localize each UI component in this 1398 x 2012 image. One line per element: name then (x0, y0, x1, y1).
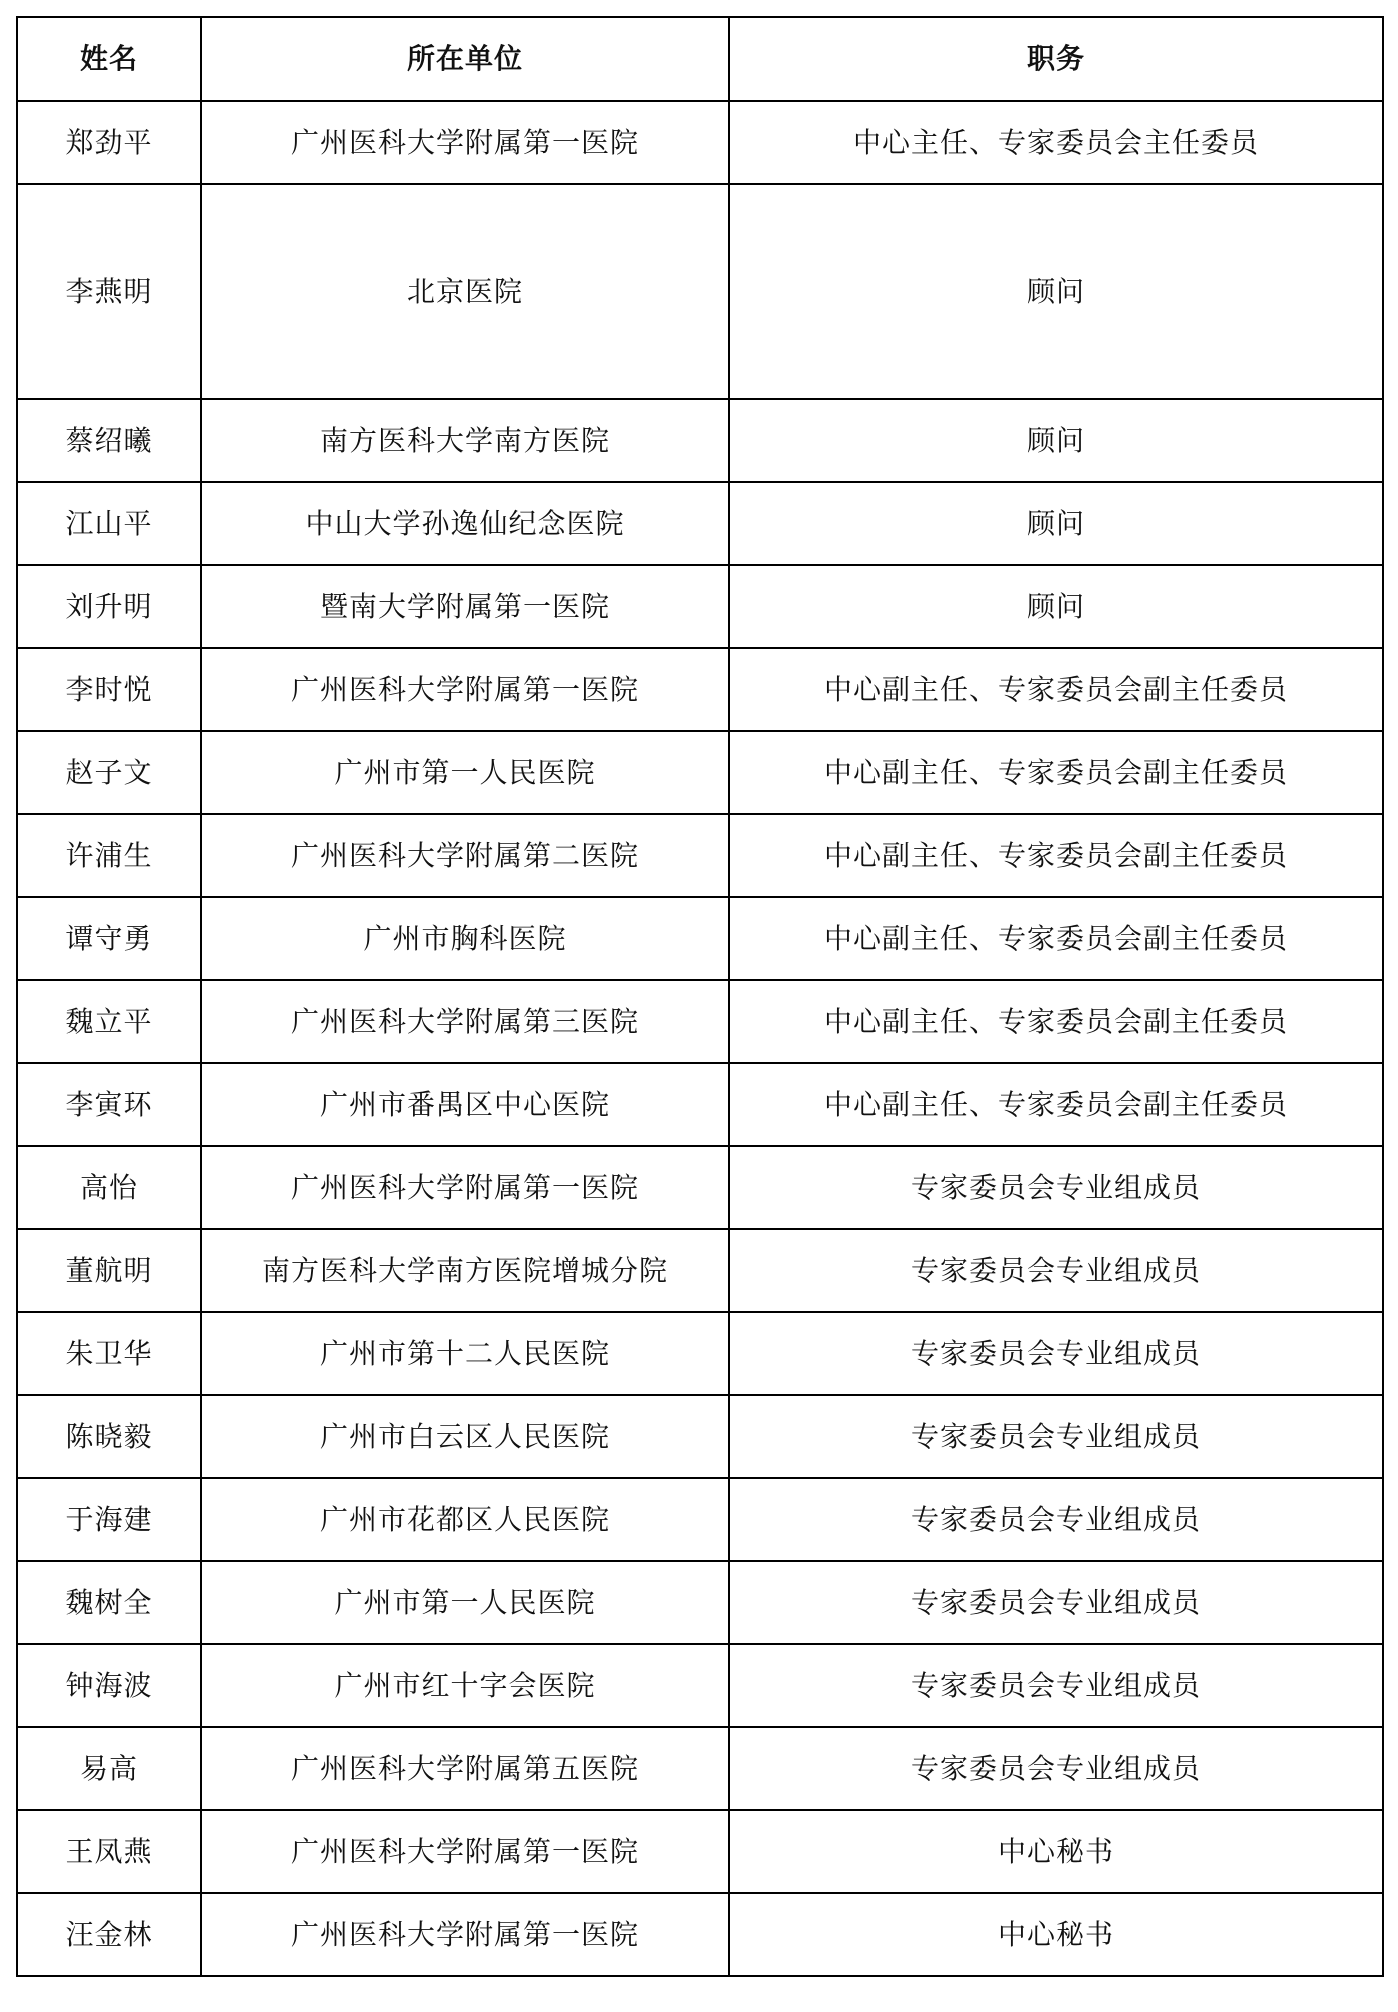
table-row: 王凤燕 广州医科大学附属第一医院 中心秘书 (17, 1810, 1383, 1893)
cell-name: 刘升明 (17, 565, 201, 648)
cell-name: 江山平 (17, 482, 201, 565)
table-row: 汪金林 广州医科大学附属第一医院 中心秘书 (17, 1893, 1383, 1976)
cell-unit: 广州市第一人民医院 (201, 1561, 729, 1644)
cell-unit: 广州市胸科医院 (201, 897, 729, 980)
cell-unit: 广州市第一人民医院 (201, 731, 729, 814)
cell-name: 郑劲平 (17, 101, 201, 184)
cell-unit: 广州医科大学附属第一医院 (201, 101, 729, 184)
header-unit: 所在单位 (201, 17, 729, 101)
cell-unit: 南方医科大学南方医院增城分院 (201, 1229, 729, 1312)
cell-unit: 广州市第十二人民医院 (201, 1312, 729, 1395)
cell-role: 专家委员会专业组成员 (729, 1478, 1383, 1561)
table-row: 朱卫华 广州市第十二人民医院 专家委员会专业组成员 (17, 1312, 1383, 1395)
cell-role: 专家委员会专业组成员 (729, 1395, 1383, 1478)
table-row: 江山平 中山大学孙逸仙纪念医院 顾问 (17, 482, 1383, 565)
cell-name: 魏立平 (17, 980, 201, 1063)
cell-name: 董航明 (17, 1229, 201, 1312)
table-row: 易高 广州医科大学附属第五医院 专家委员会专业组成员 (17, 1727, 1383, 1810)
cell-name: 钟海波 (17, 1644, 201, 1727)
cell-unit: 广州市白云区人民医院 (201, 1395, 729, 1478)
table-row: 郑劲平 广州医科大学附属第一医院 中心主任、专家委员会主任委员 (17, 101, 1383, 184)
table-row: 李燕明 北京医院 顾问 (17, 184, 1383, 399)
table-row: 许浦生 广州医科大学附属第二医院 中心副主任、专家委员会副主任委员 (17, 814, 1383, 897)
cell-unit: 南方医科大学南方医院 (201, 399, 729, 482)
table-row: 陈晓毅 广州市白云区人民医院 专家委员会专业组成员 (17, 1395, 1383, 1478)
table-row: 刘升明 暨南大学附属第一医院 顾问 (17, 565, 1383, 648)
cell-name: 李时悦 (17, 648, 201, 731)
cell-name: 李寅环 (17, 1063, 201, 1146)
cell-role: 专家委员会专业组成员 (729, 1727, 1383, 1810)
cell-name: 陈晓毅 (17, 1395, 201, 1478)
cell-name: 谭守勇 (17, 897, 201, 980)
table-row: 李时悦 广州医科大学附属第一医院 中心副主任、专家委员会副主任委员 (17, 648, 1383, 731)
member-roster-table: 姓名 所在单位 职务 郑劲平 广州医科大学附属第一医院 中心主任、专家委员会主任… (16, 16, 1384, 1977)
table-row: 魏立平 广州医科大学附属第三医院 中心副主任、专家委员会副主任委员 (17, 980, 1383, 1063)
cell-name: 赵子文 (17, 731, 201, 814)
table-row: 谭守勇 广州市胸科医院 中心副主任、专家委员会副主任委员 (17, 897, 1383, 980)
header-row: 姓名 所在单位 职务 (17, 17, 1383, 101)
table-row: 蔡绍曦 南方医科大学南方医院 顾问 (17, 399, 1383, 482)
cell-name: 蔡绍曦 (17, 399, 201, 482)
cell-role: 中心副主任、专家委员会副主任委员 (729, 1063, 1383, 1146)
cell-role: 中心副主任、专家委员会副主任委员 (729, 648, 1383, 731)
table-row: 高怡 广州医科大学附属第一医院 专家委员会专业组成员 (17, 1146, 1383, 1229)
table-row: 赵子文 广州市第一人民医院 中心副主任、专家委员会副主任委员 (17, 731, 1383, 814)
cell-role: 专家委员会专业组成员 (729, 1146, 1383, 1229)
cell-name: 魏树全 (17, 1561, 201, 1644)
cell-role: 专家委员会专业组成员 (729, 1229, 1383, 1312)
cell-unit: 广州医科大学附属第一医院 (201, 1893, 729, 1976)
cell-name: 于海建 (17, 1478, 201, 1561)
cell-name: 朱卫华 (17, 1312, 201, 1395)
table-row: 李寅环 广州市番禺区中心医院 中心副主任、专家委员会副主任委员 (17, 1063, 1383, 1146)
cell-role: 中心副主任、专家委员会副主任委员 (729, 897, 1383, 980)
cell-unit: 广州医科大学附属第三医院 (201, 980, 729, 1063)
cell-name: 汪金林 (17, 1893, 201, 1976)
cell-unit: 广州医科大学附属第一医院 (201, 1146, 729, 1229)
cell-name: 许浦生 (17, 814, 201, 897)
cell-role: 顾问 (729, 482, 1383, 565)
cell-unit: 广州医科大学附属第五医院 (201, 1727, 729, 1810)
cell-unit: 广州医科大学附属第二医院 (201, 814, 729, 897)
cell-unit: 广州市花都区人民医院 (201, 1478, 729, 1561)
header-role: 职务 (729, 17, 1383, 101)
cell-name: 李燕明 (17, 184, 201, 399)
cell-role: 顾问 (729, 399, 1383, 482)
cell-role: 顾问 (729, 565, 1383, 648)
cell-role: 中心副主任、专家委员会副主任委员 (729, 980, 1383, 1063)
table-row: 于海建 广州市花都区人民医院 专家委员会专业组成员 (17, 1478, 1383, 1561)
cell-role: 中心秘书 (729, 1810, 1383, 1893)
cell-name: 高怡 (17, 1146, 201, 1229)
cell-role: 中心副主任、专家委员会副主任委员 (729, 814, 1383, 897)
cell-name: 易高 (17, 1727, 201, 1810)
cell-unit: 广州市番禺区中心医院 (201, 1063, 729, 1146)
cell-name: 王凤燕 (17, 1810, 201, 1893)
table-row: 董航明 南方医科大学南方医院增城分院 专家委员会专业组成员 (17, 1229, 1383, 1312)
cell-unit: 广州市红十字会医院 (201, 1644, 729, 1727)
cell-unit: 暨南大学附属第一医院 (201, 565, 729, 648)
cell-unit: 广州医科大学附属第一医院 (201, 648, 729, 731)
cell-unit: 中山大学孙逸仙纪念医院 (201, 482, 729, 565)
cell-role: 中心副主任、专家委员会副主任委员 (729, 731, 1383, 814)
cell-role: 专家委员会专业组成员 (729, 1561, 1383, 1644)
header-name: 姓名 (17, 17, 201, 101)
cell-unit: 广州医科大学附属第一医院 (201, 1810, 729, 1893)
cell-role: 专家委员会专业组成员 (729, 1644, 1383, 1727)
table-row: 魏树全 广州市第一人民医院 专家委员会专业组成员 (17, 1561, 1383, 1644)
table-row: 钟海波 广州市红十字会医院 专家委员会专业组成员 (17, 1644, 1383, 1727)
cell-role: 专家委员会专业组成员 (729, 1312, 1383, 1395)
cell-role: 中心秘书 (729, 1893, 1383, 1976)
cell-role: 顾问 (729, 184, 1383, 399)
cell-unit: 北京医院 (201, 184, 729, 399)
cell-role: 中心主任、专家委员会主任委员 (729, 101, 1383, 184)
